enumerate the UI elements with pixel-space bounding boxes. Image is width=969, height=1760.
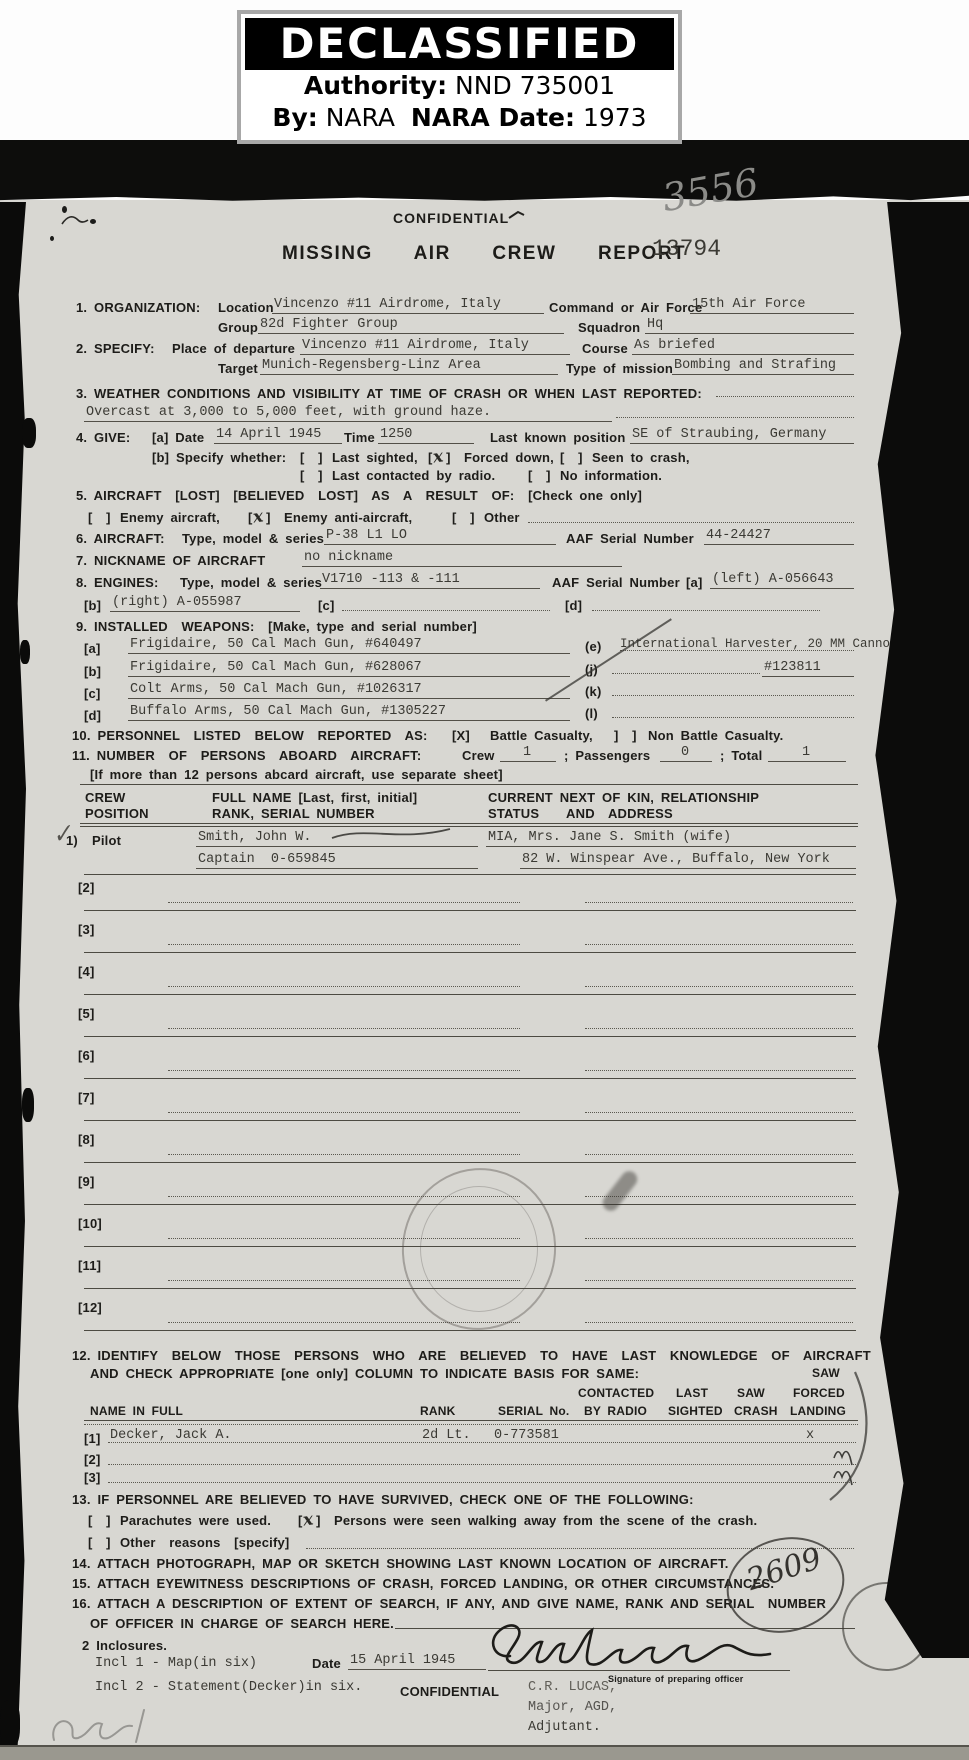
item13-label: 13. IF PERSONNEL ARE BELIEVED TO HAVE SU… (72, 1492, 694, 1507)
engine-a-label: [a] (686, 575, 703, 590)
row1-position: Pilot (92, 833, 121, 848)
item11-label: 11. NUMBER OF PERSONS ABOARD AIRCRAFT: (72, 748, 421, 763)
authority-line: Authority: NND 735001 (245, 70, 674, 102)
officer-title: Adjutant. (528, 1720, 601, 1735)
target-value: Munich-Regensberg-Linz Area (260, 358, 558, 375)
witness-row3-number: [3] (84, 1470, 101, 1485)
crew-empty-row: [6] (0, 1048, 969, 1090)
weapon-c-value: Colt Arms, 50 Cal Mach Gun, #1026317 (128, 682, 570, 699)
mission-label: Type of mission (566, 361, 673, 376)
col-status-address: STATUS AND ADDRESS (488, 806, 673, 821)
engine-c-label: [c] (318, 598, 335, 613)
scan-bottom-edge (0, 1745, 969, 1760)
crew-row-number: [6] (78, 1048, 95, 1063)
crew-count-label: Crew (462, 748, 495, 763)
opt-enemy-aircraft: Enemy aircraft, (120, 510, 220, 525)
blank-line (716, 386, 854, 397)
checkbox-battle: [X] (452, 728, 470, 743)
weapon-e-key: (e) (585, 639, 602, 654)
crew-row-number: [8] (78, 1132, 95, 1147)
engine-serial-label: AAF Serial Number (552, 575, 680, 590)
group-value: 82d Fighter Group (258, 317, 564, 334)
aircraft-type-label: Type, model & series (182, 531, 324, 546)
pencil-squiggle (330, 824, 455, 842)
officer-name: C.R. LUCAS, (528, 1680, 617, 1695)
command-label: Command or Air Force (549, 300, 702, 315)
blank-kin-line (585, 1228, 853, 1239)
pencil-m-marks (832, 1446, 862, 1490)
item15-label: 15. ATTACH EYEWITNESS DESCRIPTIONS OF CR… (72, 1576, 774, 1591)
blank-line (612, 707, 854, 718)
crew-row-number: [3] (78, 922, 95, 937)
weapon-j-value: #123811 (762, 660, 854, 677)
item16-label-2: OF OFFICER IN CHARGE OF SEARCH HERE. (90, 1616, 394, 1631)
blank-name-line (168, 934, 520, 945)
blank-name-line (168, 976, 520, 987)
row-separator (84, 994, 856, 995)
engine-d-label: [d] (565, 598, 582, 613)
opt-other: Other (484, 510, 520, 525)
row-separator (84, 952, 856, 953)
blank-line (528, 512, 854, 523)
table-rule-dotted (84, 1414, 858, 1425)
incl1-line: Incl 1 - Map(in six) (95, 1656, 257, 1671)
item7-label: 7. NICKNAME OF AIRCRAFT (76, 553, 265, 568)
blank-kin-line (585, 934, 853, 945)
aaf-serial-value: 44-24427 (704, 528, 854, 545)
blank-line (616, 407, 854, 418)
pen-check-mark (508, 208, 528, 222)
blank-name-line (168, 1060, 520, 1071)
scan-artifact (22, 418, 36, 448)
item1-label: 1. ORGANIZATION: (76, 300, 200, 315)
opt-radio: Last contacted by radio. (332, 468, 495, 483)
engine-type-value: V1710 -113 & -111 (320, 572, 540, 589)
row1-rank-serial: Captain 0-659845 (196, 852, 478, 869)
blank-kin-line (585, 1312, 853, 1323)
checkbox-last-sighted: [ ] (300, 450, 323, 465)
total-label: ; Total (720, 748, 762, 763)
scan-artifact (22, 1088, 34, 1122)
crew-row-number: [10] (78, 1216, 102, 1231)
weapon-d-key: [d] (84, 708, 101, 723)
passengers-count: 0 (660, 745, 712, 762)
blank-kin-line (585, 1270, 853, 1281)
scanned-missing-air-crew-report: DECLASSIFIED Authority: NND 735001 By: N… (0, 0, 969, 1760)
col-fullname: FULL NAME [Last, first, initial] (212, 790, 417, 805)
group-label: Group (218, 320, 258, 335)
opt-seen-crash: Seen to crash, (592, 450, 690, 465)
opt-enemy-aa: Enemy anti-aircraft, (284, 510, 412, 525)
squadron-label: Squadron (578, 320, 640, 335)
item4-label: 4. GIVE: (76, 430, 130, 445)
crew-row-number: [4] (78, 964, 95, 979)
crew-row-number: [9] (78, 1174, 95, 1189)
weapon-a-value: Frigidaire, 50 Cal Mach Gun, #640497 (128, 637, 570, 654)
blank-line (108, 1454, 856, 1465)
date-label: [a] Date (152, 430, 204, 445)
col-contacted: CONTACTED (578, 1386, 654, 1400)
row-separator (84, 874, 856, 875)
item8-label: 8. ENGINES: (76, 575, 159, 590)
date-value: 14 April 1945 (214, 427, 342, 444)
position-value: SE of Straubing, Germany (630, 427, 854, 444)
item2-label: 2. SPECIFY: (76, 341, 155, 356)
signature-script (480, 1612, 780, 1676)
col-saw: SAW (737, 1386, 765, 1400)
table-rule (80, 826, 858, 827)
classification-bottom: CONFIDENTIAL (400, 1684, 499, 1699)
target-label: Target (218, 361, 258, 376)
by-value: NARA (318, 103, 395, 132)
blank-line (612, 663, 760, 674)
declassified-stamp: DECLASSIFIED Authority: NND 735001 By: N… (237, 10, 682, 144)
item3-label: 3. WEATHER CONDITIONS AND VISIBILITY AT … (76, 386, 702, 401)
crew-empty-row: [7] (0, 1090, 969, 1132)
checkbox-no-info: [ ] (528, 468, 551, 483)
opt-battle: Battle Casualty, (490, 728, 593, 743)
item12-label-2: AND CHECK APPROPRIATE [one only] COLUMN … (90, 1366, 639, 1381)
crew-empty-row: [5] (0, 1006, 969, 1048)
scan-artifact (20, 640, 30, 664)
blank-name-line (168, 1102, 520, 1113)
departure-label: Place of departure (172, 341, 295, 356)
col-crew: CREW (85, 790, 126, 805)
opt-parachutes: Parachutes were used. (120, 1513, 271, 1528)
aaf-serial-label: AAF Serial Number (566, 531, 694, 546)
weapon-k-key: (k) (585, 684, 602, 699)
crew-row-number: [2] (78, 880, 95, 895)
crew-row-number: [12] (78, 1300, 102, 1315)
location-label: Location (218, 300, 274, 315)
authority-label: Authority: (304, 71, 447, 100)
departure-value: Vincenzo #11 Airdrome, Italy (300, 338, 570, 355)
item10-label: 10. PERSONNEL LISTED BELOW REPORTED AS: (72, 728, 428, 743)
opt-no-info: No information. (560, 468, 662, 483)
weapon-c-key: [c] (84, 686, 101, 701)
engine-a-value: (left) A-056643 (710, 572, 854, 589)
checkbox-other: [ ] (452, 510, 475, 525)
row1-address: 82 W. Winspear Ave., Buffalo, New York (520, 852, 856, 869)
blank-kin-line (585, 892, 853, 903)
course-value: As briefed (632, 338, 854, 355)
crew-empty-row: [4] (0, 964, 969, 1006)
checkbox-seen-crash: [ ] (560, 450, 583, 465)
aircraft-type-value: P-38 L1 LO (324, 528, 556, 545)
footer-date-label: Date (312, 1656, 341, 1671)
inclosures-label: 2 Inclosures. (82, 1638, 167, 1653)
nickname-value: no nickname (302, 550, 622, 567)
witness-row1-number: [1] (84, 1431, 101, 1446)
command-value: 15th Air Force (690, 297, 854, 314)
engine-b-label: [b] (84, 598, 101, 613)
scan-black-band (0, 140, 969, 202)
total-count: 1 (768, 745, 846, 762)
crew-empty-row: [3] (0, 922, 969, 964)
engine-b-value: (right) A-055987 (110, 595, 300, 612)
opt-other-reasons: Other reasons [specify] (120, 1535, 289, 1550)
weapon-a-key: [a] (84, 641, 101, 656)
crew-row-number: [11] (78, 1258, 101, 1273)
item12-label-1: 12. IDENTIFY BELOW THOSE PERSONS WHO ARE… (72, 1348, 871, 1363)
checkbox-other-reasons: [ ] (88, 1535, 111, 1550)
time-label: Time (344, 430, 375, 445)
report-title: MISSING AIR CREW REPORT (282, 243, 686, 265)
scan-artifact (0, 1700, 20, 1748)
blank-line (612, 685, 854, 696)
item11-note: [If more than 12 persons abcard aircraft… (90, 767, 503, 782)
footer-date-value: 15 April 1945 (348, 1653, 486, 1670)
location-value: Vincenzo #11 Airdrome, Italy (272, 297, 544, 314)
declassified-title: DECLASSIFIED (245, 18, 674, 70)
ink-speck (50, 236, 54, 241)
incl2-line: Incl 2 - Statement(Decker)in six. (95, 1680, 362, 1695)
position-label: Last known position (490, 430, 625, 445)
blank-name-line (168, 1018, 520, 1029)
row-separator (84, 1120, 856, 1121)
opt-walking: Persons were seen walking away from the … (334, 1513, 757, 1528)
checkbox-parachutes: [ ] (88, 1513, 111, 1528)
checkbox-enemy-aircraft: [ ] (88, 510, 111, 525)
crew-row-number: [7] (78, 1090, 95, 1105)
item16-label-1: 16. ATTACH A DESCRIPTION OF EXTENT OF SE… (72, 1596, 826, 1611)
blank-kin-line (585, 976, 853, 987)
faint-stamp-ring-inner (420, 1186, 538, 1312)
crew-empty-row: [2] (0, 880, 969, 922)
blank-name-line (168, 1144, 520, 1155)
weapon-d-value: Buffalo Arms, 50 Cal Mach Gun, #1305227 (128, 704, 570, 721)
officer-rank: Major, AGD, (528, 1700, 617, 1715)
blank-line (108, 1432, 856, 1443)
item5-label: 5. AIRCRAFT [LOST] [BELIEVED LOST] AS A … (76, 488, 642, 503)
row-separator (84, 1330, 856, 1331)
item6-label: 6. AIRCRAFT: (76, 531, 165, 546)
pen-scribble (60, 212, 90, 228)
row-separator (84, 1162, 856, 1163)
engine-type-label: Type, model & series (180, 575, 322, 590)
ink-speck (90, 219, 96, 224)
report-number: 13794 (652, 236, 721, 262)
by-label: By: (272, 103, 317, 132)
classification-top: CONFIDENTIAL (393, 210, 509, 226)
by-line: By: NARA NARA Date: 1973 (245, 102, 674, 134)
item9-label: 9. INSTALLED WEAPONS: [Make, type and se… (76, 619, 477, 634)
blank-name-line (168, 892, 520, 903)
weather-value: Overcast at 3,000 to 5,000 feet, with gr… (84, 405, 612, 422)
nara-date-label: NARA Date: (411, 103, 575, 132)
checkbox-radio: [ ] (300, 468, 323, 483)
blank-kin-line (585, 1018, 853, 1029)
blank-line (342, 600, 550, 611)
checkbox-non-battle: ] ] (614, 728, 637, 743)
table-rule (80, 784, 858, 785)
item14-label: 14. ATTACH PHOTOGRAPH, MAP OR SKETCH SHO… (72, 1556, 729, 1571)
col-rank-serial: RANK, SERIAL NUMBER (212, 806, 375, 821)
mission-value: Bombing and Strafing (672, 358, 854, 375)
col-kin: CURRENT NEXT OF KIN, RELATIONSHIP (488, 790, 759, 805)
blank-kin-line (585, 1102, 853, 1113)
witness-row2-number: [2] (84, 1452, 101, 1467)
course-label: Course (582, 341, 628, 356)
blank-kin-line (585, 1060, 853, 1071)
weapon-l-key: (l) (585, 706, 598, 721)
item4b-label: [b] Specify whether: (152, 450, 286, 465)
blank-line (620, 640, 854, 651)
row-separator (84, 1036, 856, 1037)
row-separator (84, 910, 856, 911)
opt-last-sighted: Last sighted, (332, 450, 418, 465)
weapon-b-key: [b] (84, 664, 101, 679)
authority-value: NND 735001 (447, 71, 615, 100)
col-position: POSITION (85, 806, 149, 821)
row-separator (84, 1078, 856, 1079)
opt-non-battle: Non Battle Casualty. (648, 728, 783, 743)
crew-row-number: [5] (78, 1006, 95, 1021)
blank-line (592, 600, 820, 611)
weapon-b-value: Frigidaire, 50 Cal Mach Gun, #628067 (128, 660, 570, 677)
nara-date-value: 1973 (575, 103, 647, 132)
passengers-label: ; Passengers (564, 748, 650, 763)
opt-forced-down: Forced down, (464, 450, 554, 465)
col-last: LAST (676, 1386, 708, 1400)
table-rule (80, 823, 858, 824)
blank-line (108, 1472, 856, 1483)
time-value: 1250 (378, 427, 474, 444)
row1-kin: MIA, Mrs. Jane S. Smith (wife) (486, 830, 856, 847)
squadron-value: Hq (645, 317, 854, 334)
crew-count: 1 (500, 745, 556, 762)
blank-kin-line (585, 1144, 853, 1155)
